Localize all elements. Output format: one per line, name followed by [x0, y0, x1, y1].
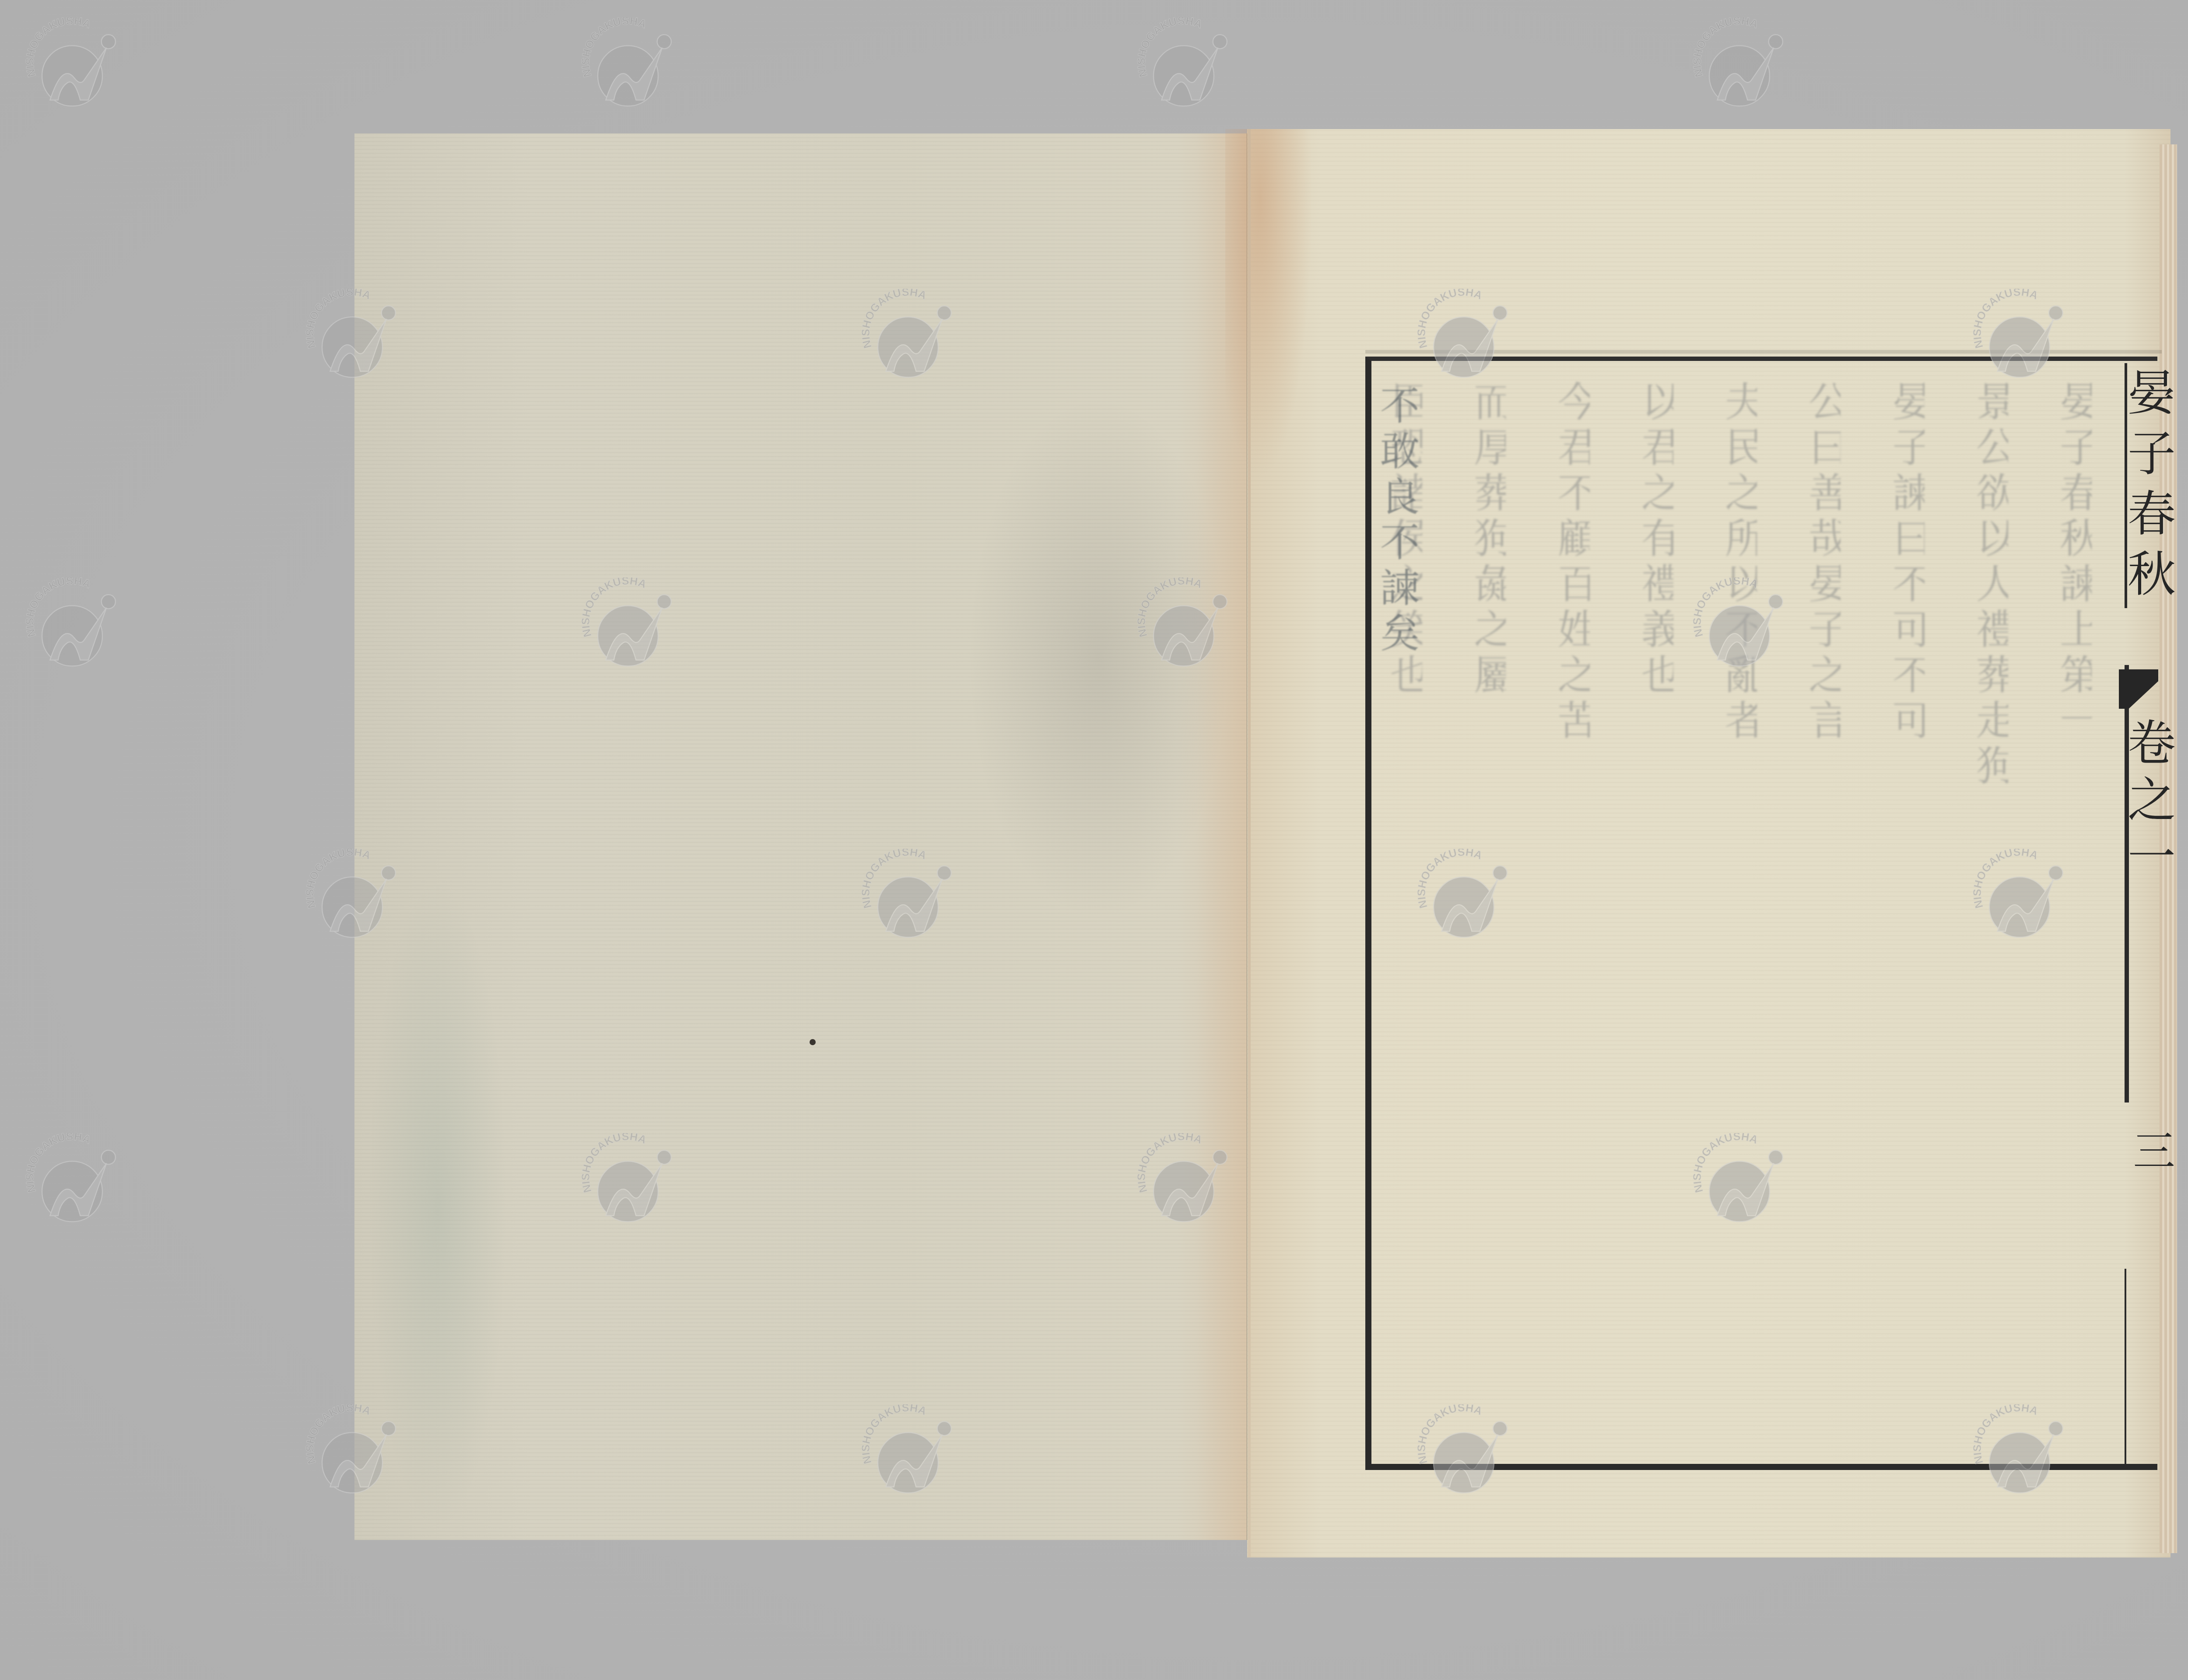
- left-page: [354, 133, 1249, 1540]
- svg-text:NISHOGAKUSHA: NISHOGAKUSHA: [1691, 17, 1760, 78]
- open-book: 晏子春秋諫上第一 景公欲以人禮葬走狗 晏子諫曰不可不可 公曰善哉晏子之言 夫民之…: [0, 0, 2188, 1680]
- watermark-logo-icon: NISHOGAKUSHA: [22, 1133, 123, 1234]
- text-column: 晏子諫曰不可不可: [1894, 381, 1925, 1439]
- frame-shadow: [1365, 350, 2162, 353]
- watermark-logo-icon: NISHOGAKUSHA: [578, 17, 678, 118]
- volume-label: 卷之一: [2130, 717, 2165, 888]
- ink-bleed-smudge: [967, 396, 1230, 921]
- bleed-through-text: 晏子春秋諫上第一 景公欲以人禮葬走狗 晏子諫曰不可不可 公曰善哉晏子之言 夫民之…: [1392, 381, 2092, 1439]
- text-column: 公曰善哉晏子之言: [1810, 381, 1841, 1439]
- folio-number: 三: [2135, 1129, 2166, 1171]
- binding-gutter: [1248, 129, 1251, 1557]
- svg-text:NISHOGAKUSHA: NISHOGAKUSHA: [1136, 17, 1204, 78]
- text-column: 以君之有禮義也: [1643, 381, 1673, 1439]
- svg-text:NISHOGAKUSHA: NISHOGAKUSHA: [24, 17, 93, 78]
- text-column: 今君不顧百姓之苦: [1559, 381, 1590, 1439]
- svg-text:NISHOGAKUSHA: NISHOGAKUSHA: [580, 17, 649, 78]
- watermark-logo-icon: NISHOGAKUSHA: [22, 17, 123, 118]
- banxin-rule: [2125, 1269, 2126, 1470]
- first-text-column: 不敢良不諫矣: [1381, 385, 1411, 658]
- text-column: 而厚葬狗彘之屬: [1475, 381, 1506, 1439]
- svg-text:NISHOGAKUSHA: NISHOGAKUSHA: [24, 1133, 93, 1194]
- watermark-logo-icon: NISHOGAKUSHA: [1133, 17, 1234, 118]
- svg-text:NISHOGAKUSHA: NISHOGAKUSHA: [24, 577, 93, 638]
- book-title: 晏子春秋: [2130, 367, 2165, 609]
- ink-spot: [810, 1039, 816, 1045]
- text-column: 夫民之所以不亂者: [1726, 381, 1757, 1439]
- text-column: 景公欲以人禮葬走狗: [1978, 381, 2008, 1439]
- watermark-logo-icon: NISHOGAKUSHA: [22, 577, 123, 678]
- teal-stain: [368, 877, 508, 1533]
- text-column: 晏子春秋諫上第一: [2061, 381, 2092, 1439]
- gutter-stain: [1225, 129, 1313, 479]
- watermark-logo-icon: NISHOGAKUSHA: [1689, 17, 1790, 118]
